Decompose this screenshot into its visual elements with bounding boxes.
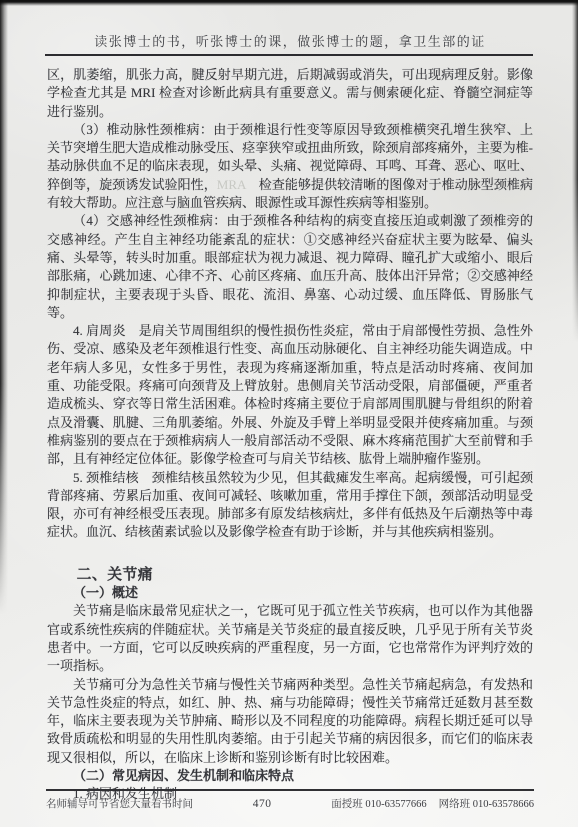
section-heading-joint-pain: 二、关节痛 — [47, 566, 533, 584]
page-header-slogan: 读张博士的书，听张博士的课，做张博士的题，拿卫生部的证 — [47, 31, 533, 50]
paragraph-cervical-tb: 5. 颈椎结核 颈椎结核虽然较为少见，但其截瘫发生率高。起病缓慢，可引起颈背部疼… — [47, 469, 533, 542]
paragraph-frozen-shoulder: 4. 肩周炎 是肩关节周围组织的慢性损伤性炎症，常由于肩部慢性劳损、急性外伤、受… — [47, 322, 533, 468]
scanned-book-page: 读张博士的书，听张博士的课，做张博士的题，拿卫生部的证 区，肌萎缩，肌张力高，腱… — [0, 0, 578, 827]
sub-heading-causes: （二）常见病因、发生机制和临床特点 — [47, 767, 533, 785]
faded-text-mra: MRA — [217, 177, 246, 192]
footer-phone-online: 网络班 010-63578666 — [439, 796, 534, 811]
page-body: 区，肌萎缩，肌张力高，腱反射早期亢进，后期减弱或消失，可出现病理反射。影像学检查… — [47, 66, 533, 804]
paragraph-joint-pain-intro: 关节痛是临床最常见症状之一，它既可见于孤立性关节疾病，也可以作为其他器官或系统性… — [47, 602, 533, 675]
paragraph-vertebral-artery: （3）椎动脉性颈椎病：由于颈椎退行性变等原因导致颈椎横突孔增生狭窄、上关节突增生… — [47, 121, 533, 212]
footer-divider — [46, 789, 534, 791]
page-footer: 名师辅导可节省您大量看书时间 470 面授班 010-63577666 网络班 … — [46, 796, 534, 811]
header-divider — [45, 54, 533, 56]
paragraph-sympathetic: （4）交感神经性颈椎病：由于颈椎各种结构的病变直接压迫或刺激了颈椎旁的交感神经。… — [47, 212, 533, 322]
footer-contacts: 面授班 010-63577666 网络班 010-63578666 — [331, 796, 534, 811]
scan-edge-right — [572, 0, 578, 360]
sub-heading-overview: （一）概述 — [47, 584, 533, 602]
page-number: 470 — [253, 798, 272, 810]
paragraph-continuation: 区，肌萎缩，肌张力高，腱反射早期亢进，后期减弱或消失，可出现病理反射。影像学检查… — [47, 66, 533, 121]
footer-phone-onsite: 面授班 010-63577666 — [331, 796, 426, 811]
scan-edge-left — [0, 0, 8, 640]
scan-edge-top — [0, 0, 578, 6]
paragraph-joint-pain-types: 关节痛可分为急性关节痛与慢性关节痛两种类型。急性关节痛起病急，有发热和关节急性炎… — [47, 676, 533, 767]
footer-slogan: 名师辅导可节省您大量看书时间 — [46, 796, 193, 811]
